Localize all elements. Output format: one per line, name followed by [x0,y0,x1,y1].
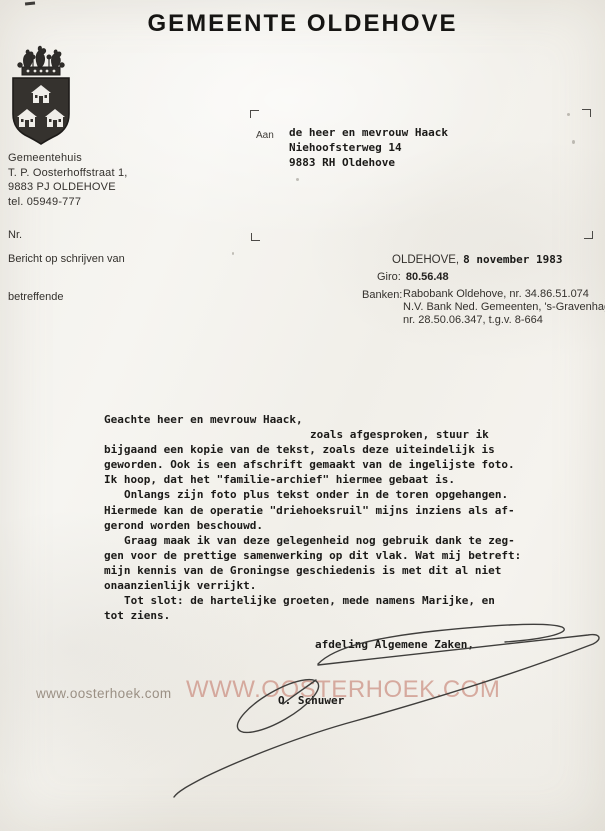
recipient-label: Aan [256,130,274,141]
scanned-letter-page: GEMEENTE OLDEHOVE [0,0,605,831]
coat-of-arms-icon [8,40,74,146]
recipient-address-line: Niehoofsterweg 14 [289,140,448,155]
scan-speck [296,178,299,181]
reference-label-bericht: Bericht op schrijven van [8,253,125,265]
body-line: Onlangs zijn foto plus tekst onder in de… [104,487,586,502]
bank-account-line: N.V. Bank Ned. Gemeenten, 's-Gravenhage, [403,301,605,314]
sender-address-line: Gemeentehuis [8,151,128,166]
body-line: gerond worden beschouwd. [104,518,586,533]
letterhead-title: GEMEENTE OLDEHOVE [0,10,605,38]
reference-label-nr: Nr. [8,229,22,241]
banken-label: Banken: [362,289,402,301]
sender-address-line: 9883 PJ OLDEHOVE [8,180,128,195]
recipient-address-block: de heer en mevrouw HaackNiehoofsterweg 1… [289,125,448,171]
body-line: Hiermede kan de operatie "driehoeksruil"… [104,503,586,518]
body-line: Ik hoop, dat het "familie-archief" hierm… [104,472,586,487]
window-mark-top-left [250,110,259,118]
body-line: mijn kennis van de Groningse geschiedeni… [104,563,586,578]
giro-row: Giro:80.56.48 [377,271,449,283]
scan-speck [572,140,575,144]
window-mark-bottom-right [584,231,593,239]
recipient-address-line: de heer en mevrouw Haack [289,125,448,140]
body-line: geworden. Ook is een afschrift gemaakt v… [104,457,586,472]
giro-value: 80.56.48 [406,271,449,283]
scan-edge-tick [25,1,35,5]
scan-speck [567,113,570,116]
body-line: Tot slot: de hartelijke groeten, mede na… [104,593,586,608]
reference-label-betreffende: betreffende [8,291,63,303]
dateline-date: 8 november 1983 [463,253,562,266]
window-mark-top-right [582,109,591,117]
body-line: Geachte heer en mevrouw Haack, [104,412,586,427]
body-line: Graag maak ik van deze gelegenheid nog g… [104,533,586,548]
sender-address-block: GemeentehuisT. P. Oosterhoffstraat 1,988… [8,151,128,209]
recipient-address-line: 9883 RH Oldehove [289,155,448,170]
dateline-place: OLDEHOVE, [392,254,459,266]
dateline: OLDEHOVE,8 november 1983 [392,253,562,266]
bank-account-block: Rabobank Oldehove, nr. 34.86.51.074N.V. … [403,288,605,328]
letter-body: Geachte heer en mevrouw Haack,zoals afge… [104,412,586,623]
signature-handwriting [150,618,605,804]
window-mark-bottom-left [251,233,260,241]
body-line: zoals afgesproken, stuur ik [104,427,586,442]
bank-account-line: Rabobank Oldehove, nr. 34.86.51.074 [403,288,605,301]
body-line: onaanzienlijk verrijkt. [104,578,586,593]
sender-address-line: T. P. Oosterhoffstraat 1, [8,166,128,181]
body-line: bijgaand een kopie van de tekst, zoals d… [104,442,586,457]
giro-label: Giro: [377,271,401,283]
bank-account-line: nr. 28.50.06.347, t.g.v. 8-664 [403,314,605,327]
body-line: gen voor de prettige samenwerking op dit… [104,548,586,563]
scan-speck [232,252,234,255]
sender-address-line: tel. 05949-777 [8,195,128,210]
